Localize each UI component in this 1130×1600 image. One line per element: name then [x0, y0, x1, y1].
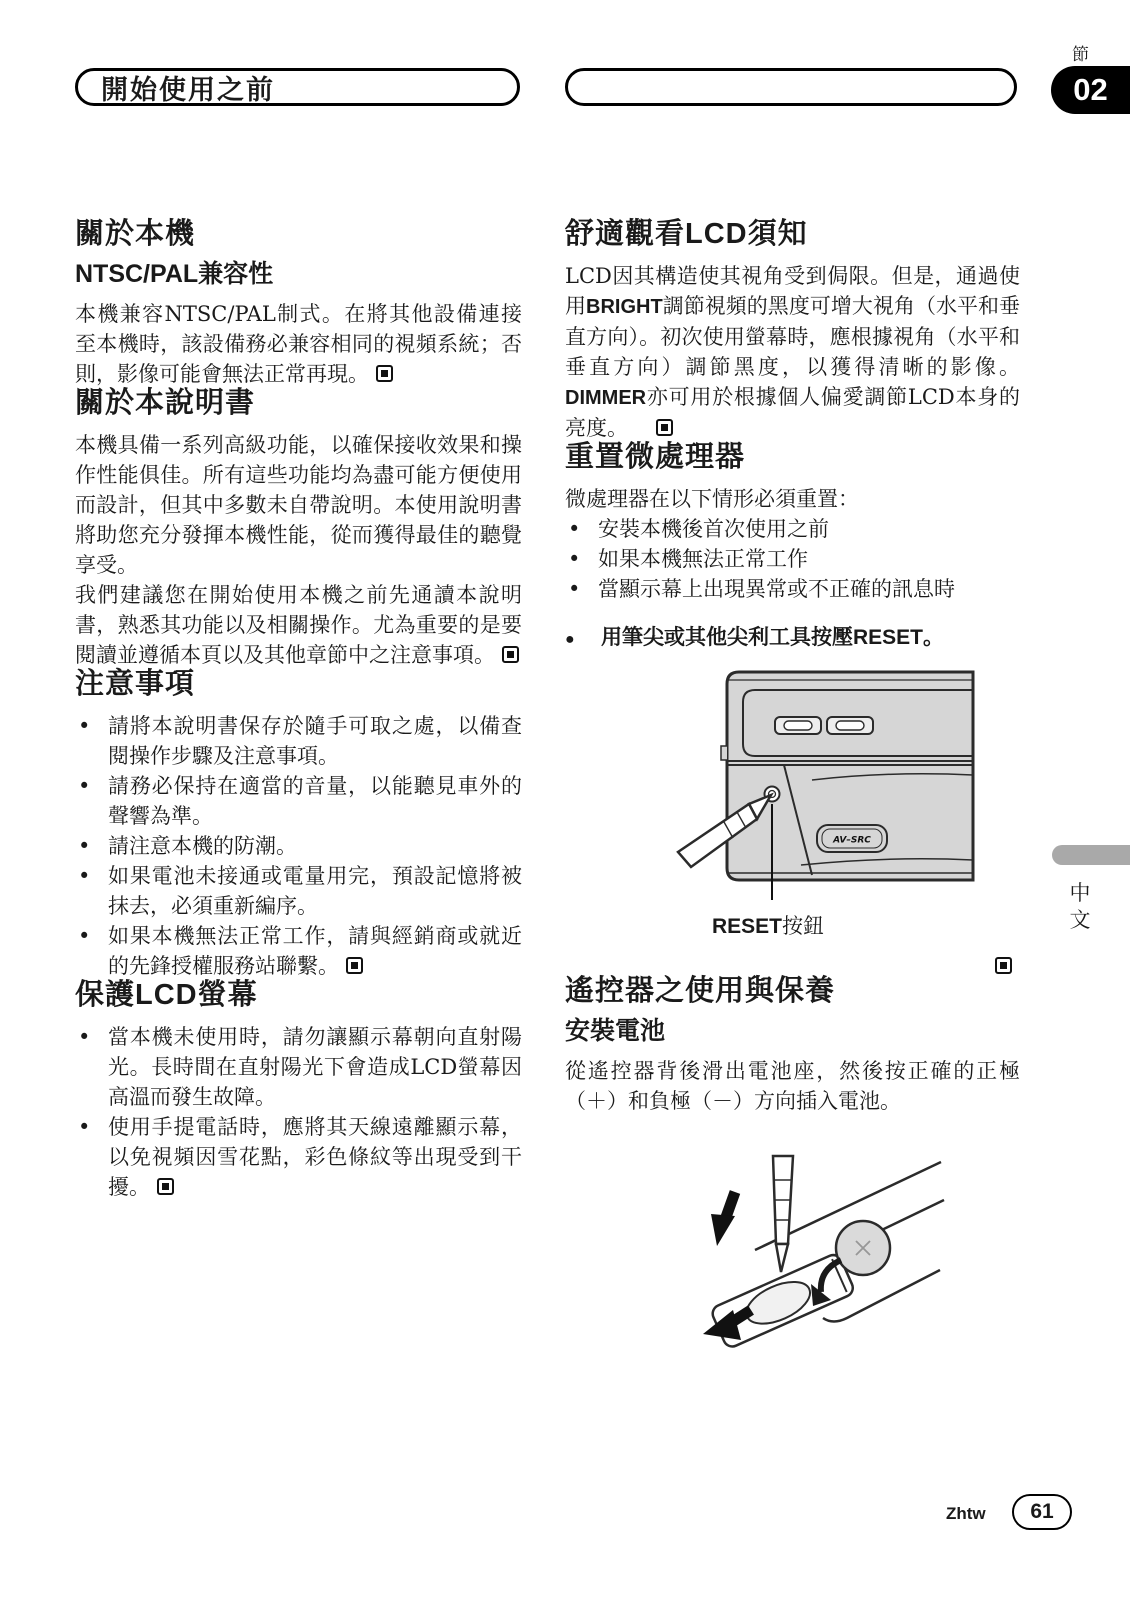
callout-text: 按鈕	[782, 914, 824, 938]
list-item-text: 如果本機無法正常工作，請與經銷商或就近的先鋒授權服務站聯繫。	[108, 924, 522, 978]
section-about-manual: 關於本說明書 本機具備一系列高級功能，以確保接收效果和操作性能俱佳。所有這些功能…	[75, 389, 522, 670]
section-word-label: 節	[1072, 40, 1089, 65]
reset-figure: AV–SRC	[675, 668, 975, 907]
reset-intro: 微處理器在以下情形必須重置：	[565, 484, 1020, 514]
section-end-row	[565, 956, 1020, 977]
side-index-tab	[1052, 845, 1130, 865]
battery-install-body: 從遙控器背後滑出電池座，然後按正確的正極（＋）和負極（－）方向插入電池。	[565, 1056, 1020, 1116]
section-precautions: 注意事項 請將本說明書保存於隨手可取之處，以備查閱操作步驟及注意事項。 請務必保…	[75, 670, 522, 981]
list-item: 安裝本機後首次使用之前	[565, 514, 1020, 544]
section-number: 02	[1073, 72, 1107, 108]
list-item: 當顯示幕上出現異常或不正確的訊息時	[565, 574, 1020, 604]
list-item: 如果本機無法正常工作	[565, 544, 1020, 574]
header-tab-title: 開始使用之前	[75, 68, 520, 106]
reset-list: 安裝本機後首次使用之前 如果本機無法正常工作 當顯示幕上出現異常或不正確的訊息時	[565, 514, 1020, 604]
about-unit-body-text: 本機兼容NTSC/PAL制式。在將其他設備連接至本機時，該設備務必兼容相同的視頻…	[75, 302, 522, 386]
list-item: 請注意本機的防潮。	[75, 831, 522, 861]
about-manual-body2: 我們建議您在開始使用本機之前先通讀本說明書，熟悉其功能以及相關操作。尤為重要的是…	[75, 580, 522, 670]
reset-keyword: RESET	[712, 915, 782, 938]
reset-button-callout: RESET按鈕	[712, 911, 1020, 942]
precautions-list: 請將本說明書保存於隨手可取之處，以備查閱操作步驟及注意事項。 請務必保持在適當的…	[75, 711, 522, 981]
list-item: 如果本機無法正常工作，請與經銷商或就近的先鋒授權服務站聯繫。	[75, 921, 522, 981]
precautions-title: 注意事項	[75, 670, 522, 699]
section-end-icon	[995, 957, 1012, 974]
instruction-text: 用筆尖或其他尖利工具按壓	[601, 626, 853, 649]
reset-instruction: 用筆尖或其他尖利工具按壓RESET。	[565, 624, 1020, 652]
about-manual-body2-text: 我們建議您在開始使用本機之前先通讀本說明書，熟悉其功能以及相關操作。尤為重要的是…	[75, 583, 522, 667]
right-column: 舒適觀看LCD須知 LCD因其構造使其視角受到侷限。但是，通過使用BRIGHT調…	[565, 220, 1020, 1356]
list-item: 使用手提電話時，應將其天線遠離顯示幕，以免視頻因雪花點，彩色條紋等出現受到干擾。	[75, 1112, 522, 1202]
head-unit-illustration: AV–SRC	[675, 668, 975, 903]
reset-keyword: RESET	[853, 626, 923, 649]
lcd-viewing-body: LCD因其構造使其視角受到侷限。但是，通過使用BRIGHT調節視頻的黑度可增大視…	[565, 261, 1020, 443]
page-title: 開始使用之前	[101, 68, 275, 107]
left-column: 關於本機 NTSC/PAL兼容性 本機兼容NTSC/PAL制式。在將其他設備連接…	[75, 220, 522, 1202]
section-end-icon	[656, 419, 673, 436]
page-number-badge: 61	[1012, 1494, 1072, 1530]
manual-page: 開始使用之前 節 02 關於本機 NTSC/PAL兼容性 本機兼容NTSC/PA…	[0, 0, 1130, 1600]
about-unit-body: 本機兼容NTSC/PAL制式。在將其他設備連接至本機時，該設備務必兼容相同的視頻…	[75, 299, 522, 389]
language-label: 中文	[1068, 880, 1092, 934]
header-tab-empty	[565, 68, 1017, 106]
page-number: 61	[1030, 1500, 1053, 1524]
battery-figure	[685, 1152, 945, 1356]
list-item: 如果電池未接通或電量用完，預設記憶將被抹去，必須重新編序。	[75, 861, 522, 921]
list-item: 當本機未使用時，請勿讓顯示幕朝向直射陽光。長時間在直射陽光下會造成LCD螢幕因高…	[75, 1022, 522, 1112]
section-about-unit: 關於本機 NTSC/PAL兼容性 本機兼容NTSC/PAL制式。在將其他設備連接…	[75, 220, 522, 389]
language-code: Zhtw	[946, 1504, 986, 1524]
section-number-badge: 02	[1051, 66, 1130, 114]
list-item: 請將本說明書保存於隨手可取之處，以備查閱操作步驟及注意事項。	[75, 711, 522, 771]
pen-icon	[773, 1156, 793, 1272]
battery-install-subtitle: 安裝電池	[565, 1018, 1020, 1044]
instruction-text: 。	[923, 626, 944, 649]
section-lcd-viewing: 舒適觀看LCD須知 LCD因其構造使其視角受到侷限。但是，通過使用BRIGHT調…	[565, 220, 1020, 443]
section-end-icon	[376, 365, 393, 382]
remote-care-title: 遙控器之使用與保養	[565, 977, 1020, 1006]
section-remote-care: 遙控器之使用與保養 安裝電池 從遙控器背後滑出電池座，然後按正確的正極（＋）和負…	[565, 977, 1020, 1356]
about-manual-body1: 本機具備一系列高級功能，以確保接收效果和操作性能俱佳。所有這些功能均為盡可能方便…	[75, 430, 522, 580]
reset-title: 重置微處理器	[565, 443, 1020, 472]
bright-keyword: BRIGHT	[586, 296, 663, 318]
section-end-icon	[502, 646, 519, 663]
protect-lcd-list: 當本機未使用時，請勿讓顯示幕朝向直射陽光。長時間在直射陽光下會造成LCD螢幕因高…	[75, 1022, 522, 1202]
section-end-icon	[346, 957, 363, 974]
about-manual-title: 關於本說明書	[75, 389, 522, 418]
dimmer-keyword: DIMMER	[565, 387, 646, 409]
about-unit-title: 關於本機	[75, 220, 522, 249]
battery-install-illustration	[685, 1152, 945, 1352]
section-protect-lcd: 保護LCD螢幕 當本機未使用時，請勿讓顯示幕朝向直射陽光。長時間在直射陽光下會造…	[75, 981, 522, 1202]
section-reset: 重置微處理器 微處理器在以下情形必須重置： 安裝本機後首次使用之前 如果本機無法…	[565, 443, 1020, 977]
about-unit-subtitle: NTSC/PAL兼容性	[75, 261, 522, 287]
list-item: 請務必保持在適當的音量，以能聽見車外的聲響為準。	[75, 771, 522, 831]
section-end-icon	[157, 1178, 174, 1195]
lcd-viewing-title: 舒適觀看LCD須知	[565, 220, 1020, 249]
press-arrow-icon	[711, 1192, 735, 1246]
protect-lcd-title: 保護LCD螢幕	[75, 981, 522, 1010]
av-src-button-label: AV–SRC	[832, 836, 871, 846]
